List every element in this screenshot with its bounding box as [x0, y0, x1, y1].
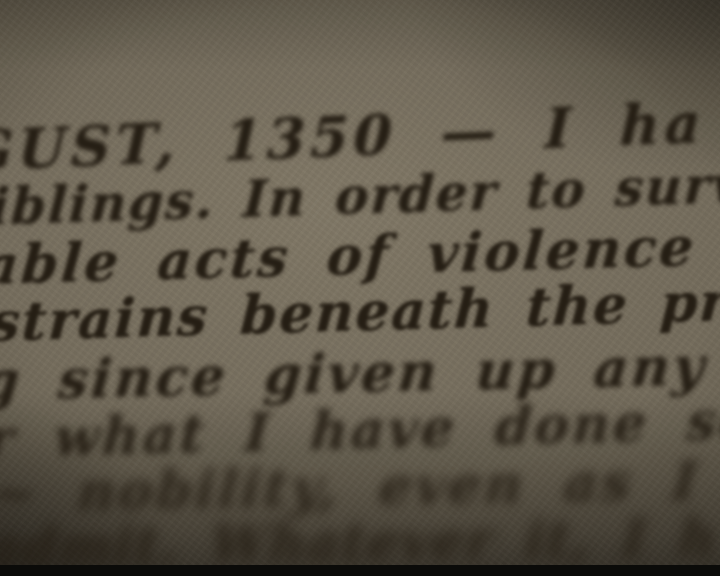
manuscript-photo: GUST, 1350 — I ha iblings. In order to s…: [0, 0, 720, 576]
letterbox-bar-bottom: [0, 565, 720, 576]
